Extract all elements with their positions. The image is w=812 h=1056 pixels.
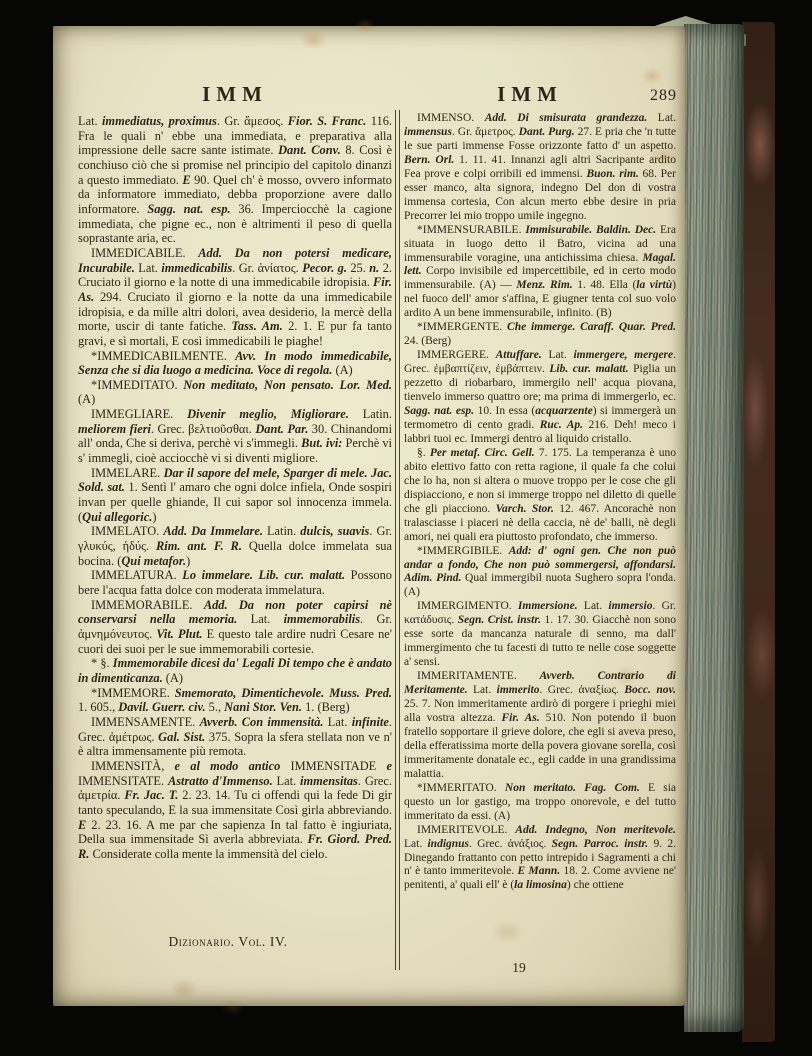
dictionary-entry: IMMERGERE. Attuffare. Lat. immergere, me… [404, 349, 676, 447]
running-title-left: IMM [78, 82, 392, 107]
dictionary-entry: IMMELATURA. Lo immelare. Lib. cur. malat… [78, 568, 392, 597]
dictionary-entry: §. Per metaf. Circ. Gell. 7. 175. La tem… [404, 447, 676, 545]
dictionary-entry: IMMERITEVOLE. Add. Indegno, Non meritevo… [404, 824, 676, 894]
dictionary-entry: *IMMERGENTE. Che immerge. Caraff. Quar. … [404, 321, 676, 349]
dictionary-entry: * §. Immemorabile dicesi da' Legali Di t… [78, 656, 392, 685]
column-divider-rule [395, 110, 400, 970]
foxing-stain [169, 978, 199, 1000]
dictionary-entry: *IMMERITATO. Non meritato. Fag. Com. E s… [404, 782, 676, 824]
dictionary-entry: *IMMEDITATO. Non meditato, Non pensato. … [78, 378, 392, 407]
dictionary-entry: *IMMEDICABILMENTE. Avv. In modo immedica… [78, 349, 392, 378]
foxing-stain [299, 30, 327, 50]
book-binding [742, 22, 775, 1042]
dictionary-entry: IMMERGIMENTO. Immersione. Lat. immersio.… [404, 600, 676, 670]
signature-number: 19 [404, 960, 634, 976]
dictionary-entry: IMMEDICABILE. Add. Da non potersi medica… [78, 246, 392, 349]
page-number: 289 [401, 87, 677, 105]
page-stack-fore-edge [684, 24, 744, 1032]
column-right: IMMENSO. Add. Di smisurata grandezza. La… [404, 112, 676, 974]
column-left: Lat. immediatus, proximus. Gr. ἄμεσος. F… [78, 114, 392, 938]
dictionary-entry: IMMELARE. Dar il sapore del mele, Sparge… [78, 466, 392, 525]
dictionary-entry: IMMEGLIARE. Divenir meglio, Migliorare. … [78, 407, 392, 466]
dictionary-entry: IMMERITAMENTE. Avverb. Contrario di Meri… [404, 670, 676, 782]
dictionary-entry: *IMMENSURABILE. Immisurabile. Baldin. De… [404, 224, 676, 322]
dictionary-entry: *IMMEMORE. Smemorato, Dimentichevole. Mu… [78, 686, 392, 715]
dictionary-entry: IMMENSO. Add. Di smisurata grandezza. La… [404, 112, 676, 224]
dictionary-entry: IMMEMORABILE. Add. Da non poter capirsi … [78, 598, 392, 657]
dictionary-entry: Lat. immediatus, proximus. Gr. ἄμεσος. F… [78, 114, 392, 246]
volume-footer: Dizionario. Vol. IV. [78, 934, 378, 950]
foxing-stain [355, 18, 375, 34]
book-scan-photo: IMM IMM 289 Lat. immediatus, proximus. G… [0, 0, 812, 1056]
foxing-stain [221, 998, 245, 1016]
dictionary-entry: IMMENSITÀ, e al modo antico IMMENSITADE … [78, 759, 392, 862]
dictionary-entry: *IMMERGIBILE. Add: d' ogni gen. Che non … [404, 545, 676, 601]
book-page: IMM IMM 289 Lat. immediatus, proximus. G… [53, 26, 685, 1006]
dictionary-entry: IMMENSAMENTE. Avverb. Con immensità. Lat… [78, 715, 392, 759]
dictionary-entry: IMMELATO. Add. Da Immelare. Latin. dulci… [78, 524, 392, 568]
